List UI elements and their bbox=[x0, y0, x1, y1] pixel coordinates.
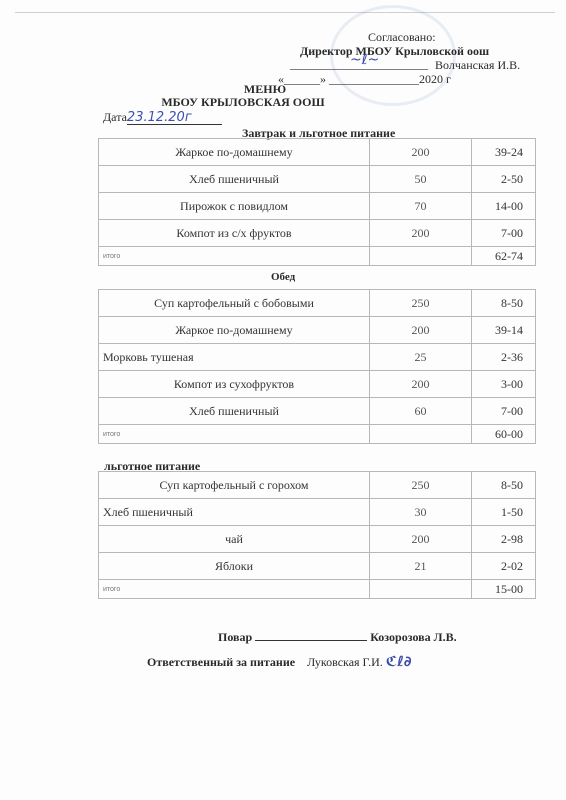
responsible-signature-line: Ответственный за питание Луковская Г.И. … bbox=[147, 654, 411, 670]
item-qty: 200 bbox=[370, 139, 472, 166]
item-qty: 50 bbox=[370, 166, 472, 193]
total-price: 62-74 bbox=[472, 247, 536, 266]
item-qty: 200 bbox=[370, 371, 472, 398]
item-name: Жаркое по-домашнему bbox=[99, 139, 370, 166]
cook-label: Повар bbox=[218, 630, 252, 644]
item-name: чай bbox=[99, 526, 370, 553]
item-name: Хлеб пшеничный bbox=[99, 398, 370, 425]
responsible-label: Ответственный за питание bbox=[147, 655, 295, 669]
item-price: 2-36 bbox=[472, 344, 536, 371]
item-qty: 200 bbox=[370, 526, 472, 553]
date-field: Дата23.12.20г bbox=[103, 110, 222, 125]
responsible-signature: ℭℓ∂ bbox=[386, 654, 412, 670]
table-row: Суп картофельный с горохом 250 8-50 bbox=[99, 472, 536, 499]
table-row: Хлеб пшеничный 30 1-50 bbox=[99, 499, 536, 526]
lunch-table: Суп картофельный с бобовыми 250 8-50 Жар… bbox=[98, 289, 536, 444]
item-price: 14-00 bbox=[472, 193, 536, 220]
item-price: 1-50 bbox=[472, 499, 536, 526]
item-name: Хлеб пшеничный bbox=[99, 166, 370, 193]
item-price: 39-14 bbox=[472, 317, 536, 344]
cook-signature-line: Повар Козорозова Л.В. bbox=[218, 630, 457, 645]
item-price: 3-00 bbox=[472, 371, 536, 398]
item-qty: 250 bbox=[370, 290, 472, 317]
item-qty: 200 bbox=[370, 317, 472, 344]
total-price: 15-00 bbox=[472, 580, 536, 599]
item-name: Жаркое по-домашнему bbox=[99, 317, 370, 344]
item-price: 8-50 bbox=[472, 472, 536, 499]
item-price: 7-00 bbox=[472, 398, 536, 425]
item-price: 39-24 bbox=[472, 139, 536, 166]
approval-signer: Волчанская И.В. bbox=[435, 58, 520, 72]
responsible-name: Луковская Г.И. bbox=[307, 655, 383, 669]
table-row: Компот из с/х фруктов 200 7-00 bbox=[99, 220, 536, 247]
item-name: Компот из с/х фруктов bbox=[99, 220, 370, 247]
total-label: итого bbox=[99, 247, 370, 266]
table-row: Хлеб пшеничный 50 2-50 bbox=[99, 166, 536, 193]
table-row: Яблоки 21 2-02 bbox=[99, 553, 536, 580]
date-value: 23.12.20г bbox=[127, 111, 222, 125]
item-name: Яблоки bbox=[99, 553, 370, 580]
item-name: Пирожок с повидлом bbox=[99, 193, 370, 220]
table-row: Морковь тушеная 25 2-36 bbox=[99, 344, 536, 371]
school-name: МБОУ КРЫЛОВСКАЯ ООШ bbox=[0, 95, 566, 110]
approval-heading: Согласовано: bbox=[368, 30, 436, 44]
cook-name: Козорозова Л.В. bbox=[370, 630, 456, 644]
item-qty: 70 bbox=[370, 193, 472, 220]
table-row: Суп картофельный с бобовыми 250 8-50 bbox=[99, 290, 536, 317]
item-name: Компот из сухофруктов bbox=[99, 371, 370, 398]
item-price: 2-50 bbox=[472, 166, 536, 193]
total-label: итого bbox=[99, 580, 370, 599]
item-qty: 21 bbox=[370, 553, 472, 580]
table-row: Жаркое по-домашнему 200 39-24 bbox=[99, 139, 536, 166]
table-row: Хлеб пшеничный 60 7-00 bbox=[99, 398, 536, 425]
total-row: итого 15-00 bbox=[99, 580, 536, 599]
scan-edge-line bbox=[15, 12, 555, 13]
approval-position: Директор МБОУ Крыловской оош bbox=[300, 44, 489, 58]
section-heading-lunch: Обед bbox=[271, 271, 295, 283]
item-price: 7-00 bbox=[472, 220, 536, 247]
item-price: 8-50 bbox=[472, 290, 536, 317]
item-name: Морковь тушеная bbox=[99, 344, 370, 371]
item-qty: 200 bbox=[370, 220, 472, 247]
breakfast-table: Жаркое по-домашнему 200 39-24 Хлеб пшени… bbox=[98, 138, 536, 266]
table-row: Пирожок с повидлом 70 14-00 bbox=[99, 193, 536, 220]
total-price: 60-00 bbox=[472, 425, 536, 444]
total-label: итого bbox=[99, 425, 370, 444]
table-row: Жаркое по-домашнему 200 39-14 bbox=[99, 317, 536, 344]
table-row: чай 200 2-98 bbox=[99, 526, 536, 553]
date-label: Дата bbox=[103, 110, 127, 124]
total-row: итого 62-74 bbox=[99, 247, 536, 266]
item-name: Суп картофельный с бобовыми bbox=[99, 290, 370, 317]
item-qty: 250 bbox=[370, 472, 472, 499]
total-row: итого 60-00 bbox=[99, 425, 536, 444]
item-name: Хлеб пшеничный bbox=[99, 499, 370, 526]
item-qty: 60 bbox=[370, 398, 472, 425]
table-row: Компот из сухофруктов 200 3-00 bbox=[99, 371, 536, 398]
item-price: 2-98 bbox=[472, 526, 536, 553]
cook-signature bbox=[255, 630, 367, 641]
subsidized-table: Суп картофельный с горохом 250 8-50 Хлеб… bbox=[98, 471, 536, 599]
item-qty: 25 bbox=[370, 344, 472, 371]
item-price: 2-02 bbox=[472, 553, 536, 580]
director-signature: ~ℓ~ bbox=[350, 53, 379, 67]
item-name: Суп картофельный с горохом bbox=[99, 472, 370, 499]
item-qty: 30 bbox=[370, 499, 472, 526]
